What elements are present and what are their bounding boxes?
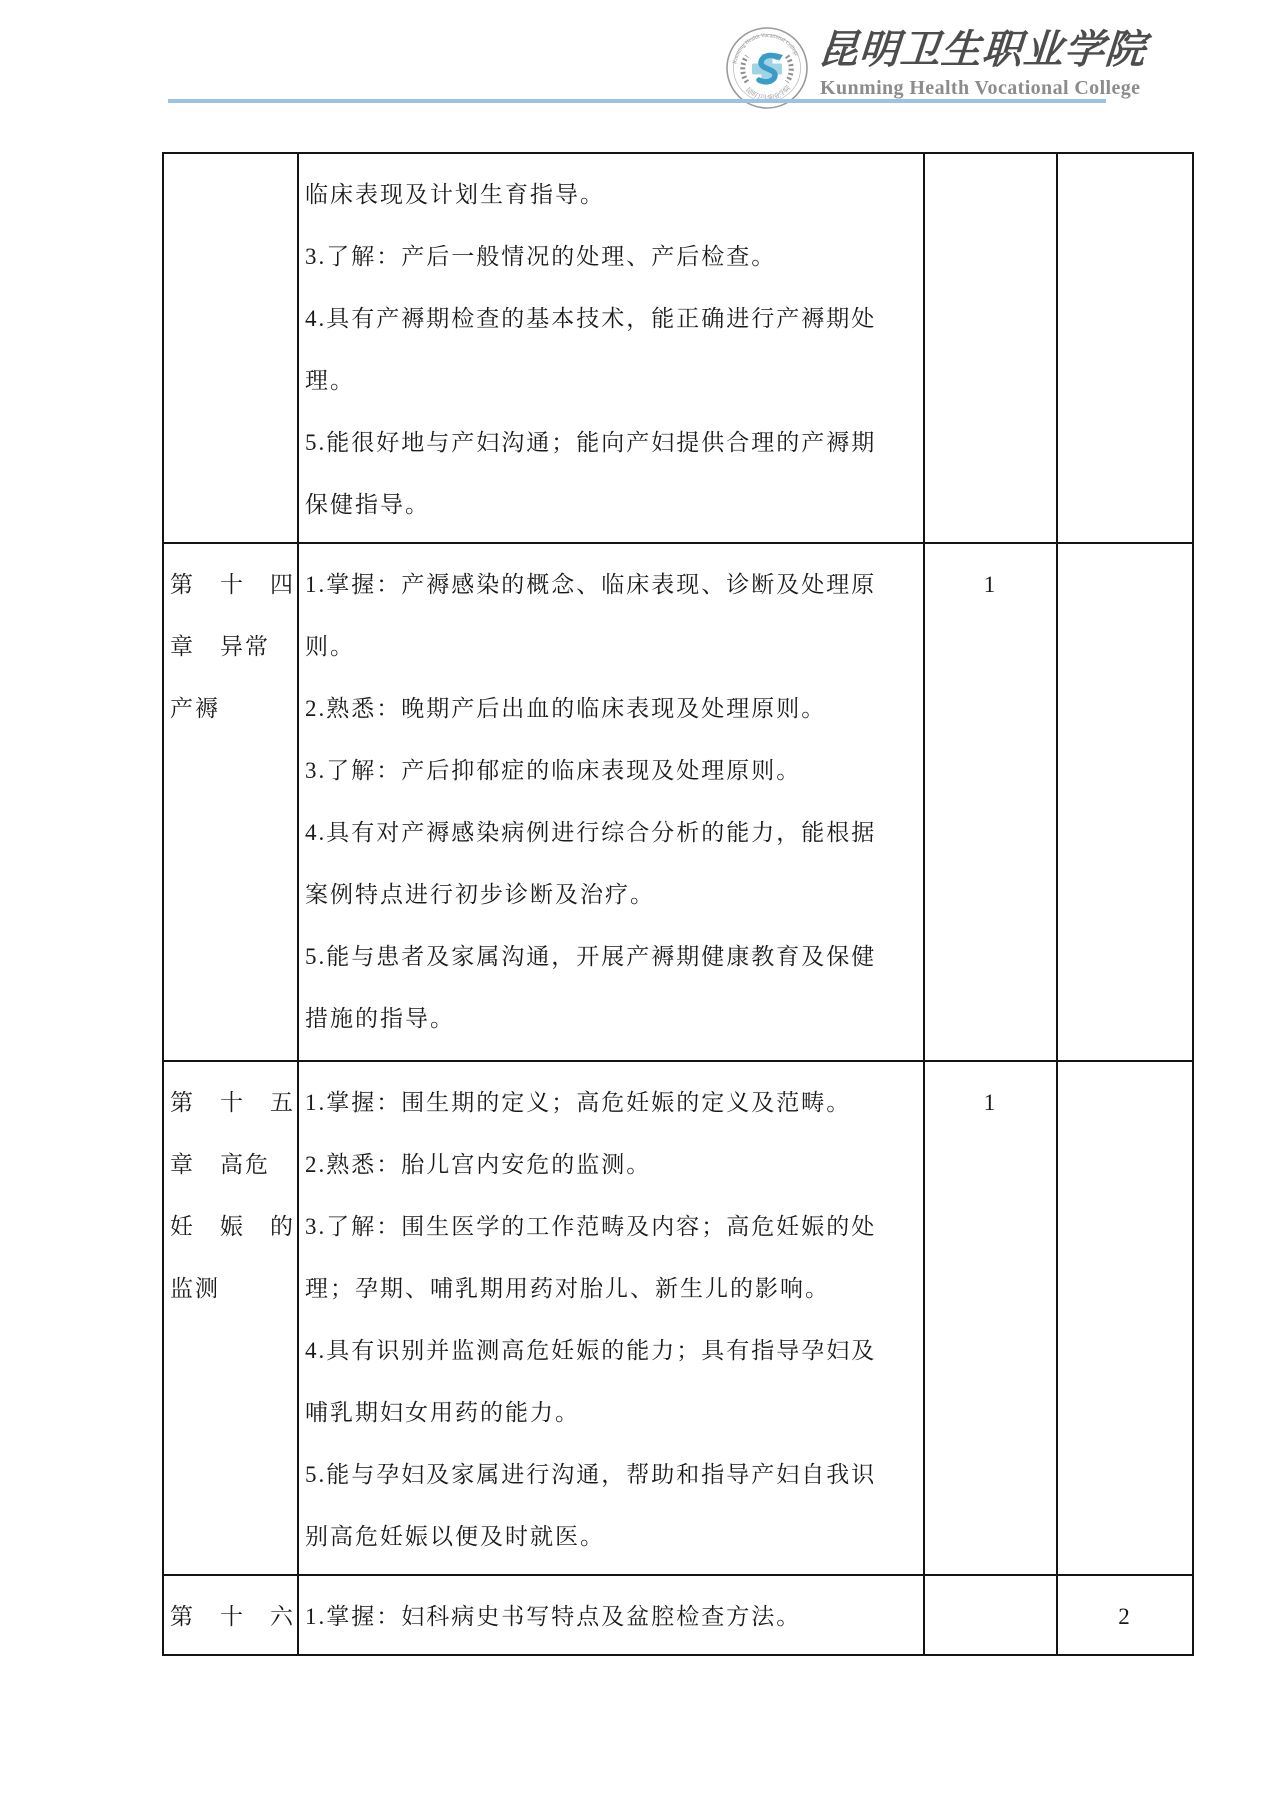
objectives-cell: 1.掌握：围生期的定义；高危妊娠的定义及范畴。2.熟悉：胎儿宫内安危的监测。3.… (298, 1061, 924, 1575)
objective-text-line: 哺乳期妇女用药的能力。 (305, 1382, 917, 1444)
syllabus-table: 临床表现及计划生育指导。3.了解：产后一般情况的处理、产后检查。4.具有产褥期检… (162, 152, 1194, 1656)
hours-cell-theory: 1 (924, 543, 1057, 1061)
college-name-english: Kunming Health Vocational College (820, 76, 1120, 100)
table-row: 临床表现及计划生育指导。3.了解：产后一般情况的处理、产后检查。4.具有产褥期检… (163, 153, 1193, 543)
hours-cell-practice: 2 (1057, 1575, 1193, 1655)
chapter-title-line: 章 异常 (170, 616, 291, 678)
objective-text-line: 5.能与患者及家属沟通，开展产褥期健康教育及保健 (305, 926, 917, 988)
hours-value: 2 (1064, 1586, 1186, 1648)
objective-text-line: 3.了解：围生医学的工作范畴及内容；高危妊娠的处 (305, 1196, 917, 1258)
objectives-cell: 临床表现及计划生育指导。3.了解：产后一般情况的处理、产后检查。4.具有产褥期检… (298, 153, 924, 543)
chapter-title-line: 第 十 四 (170, 554, 291, 616)
objective-text-line: 4.具有产褥期检查的基本技术，能正确进行产褥期处 (305, 288, 917, 350)
objective-text-line: 3.了解：产后一般情况的处理、产后检查。 (305, 226, 917, 288)
objective-text-line: 理。 (305, 350, 917, 412)
chapter-cell (163, 153, 298, 543)
college-seal-logo: Kunming Health Vocational College 昆明卫生职业… (725, 26, 809, 110)
objective-text-line: 1.掌握：妇科病史书写特点及盆腔检查方法。 (305, 1586, 917, 1648)
objective-text-line: 2.熟悉：晚期产后出血的临床表现及处理原则。 (305, 678, 917, 740)
objective-text-line: 措施的指导。 (305, 988, 917, 1050)
objective-text-line: 案例特点进行初步诊断及治疗。 (305, 864, 917, 926)
chapter-title-line: 妊 娠 的 (170, 1196, 291, 1258)
objective-text-line: 临床表现及计划生育指导。 (305, 164, 917, 226)
table-row: 第 十 四章 异常产褥1.掌握：产褥感染的概念、临床表现、诊断及处理原则。2.熟… (163, 543, 1193, 1061)
hours-cell-practice (1057, 1061, 1193, 1575)
hours-cell-theory (924, 153, 1057, 543)
chapter-cell: 第 十 四章 异常产褥 (163, 543, 298, 1061)
table-row: 第 十 六1.掌握：妇科病史书写特点及盆腔检查方法。2 (163, 1575, 1193, 1655)
syllabus-table-body: 临床表现及计划生育指导。3.了解：产后一般情况的处理、产后检查。4.具有产褥期检… (163, 153, 1193, 1655)
chapter-title-line: 产褥 (170, 678, 291, 740)
chapter-cell: 第 十 六 (163, 1575, 298, 1655)
hours-cell-practice (1057, 543, 1193, 1061)
objective-text-line: 则。 (305, 616, 917, 678)
chapter-title-line: 第 十 六 (170, 1586, 291, 1648)
hours-cell-theory: 1 (924, 1061, 1057, 1575)
document-page: Kunming Health Vocational College 昆明卫生职业… (0, 0, 1274, 1801)
hours-cell-practice (1057, 153, 1193, 543)
chapter-title-line: 监测 (170, 1258, 291, 1320)
table-row: 第 十 五章 高危妊 娠 的监测1.掌握：围生期的定义；高危妊娠的定义及范畴。2… (163, 1061, 1193, 1575)
objective-text-line: 5.能很好地与产妇沟通；能向产妇提供合理的产褥期 (305, 412, 917, 474)
objective-text-line: 2.熟悉：胎儿宫内安危的监测。 (305, 1134, 917, 1196)
hours-value: 1 (931, 554, 1050, 616)
objectives-cell: 1.掌握：产褥感染的概念、临床表现、诊断及处理原则。2.熟悉：晚期产后出血的临床… (298, 543, 924, 1061)
chapter-cell: 第 十 五章 高危妊 娠 的监测 (163, 1061, 298, 1575)
header-divider-line (168, 99, 1106, 103)
college-name-chinese: 昆明卫生职业学院 (816, 24, 1120, 76)
chapter-title-line: 第 十 五 (170, 1072, 291, 1134)
hours-value: 1 (931, 1072, 1050, 1134)
objective-text-line: 1.掌握：产褥感染的概念、临床表现、诊断及处理原 (305, 554, 917, 616)
objective-text-line: 4.具有对产褥感染病例进行综合分析的能力，能根据 (305, 802, 917, 864)
objective-text-line: 3.了解：产后抑郁症的临床表现及处理原则。 (305, 740, 917, 802)
objective-text-line: 保健指导。 (305, 474, 917, 536)
objective-text-line: 别高危妊娠以便及时就医。 (305, 1506, 917, 1568)
objective-text-line: 5.能与孕妇及家属进行沟通，帮助和指导产妇自我识 (305, 1444, 917, 1506)
objective-text-line: 理；孕期、哺乳期用药对胎儿、新生儿的影响。 (305, 1258, 917, 1320)
objective-text-line: 1.掌握：围生期的定义；高危妊娠的定义及范畴。 (305, 1072, 917, 1134)
objective-text-line: 4.具有识别并监测高危妊娠的能力；具有指导孕妇及 (305, 1320, 917, 1382)
chapter-title-line: 章 高危 (170, 1134, 291, 1196)
objectives-cell: 1.掌握：妇科病史书写特点及盆腔检查方法。 (298, 1575, 924, 1655)
hours-cell-theory (924, 1575, 1057, 1655)
